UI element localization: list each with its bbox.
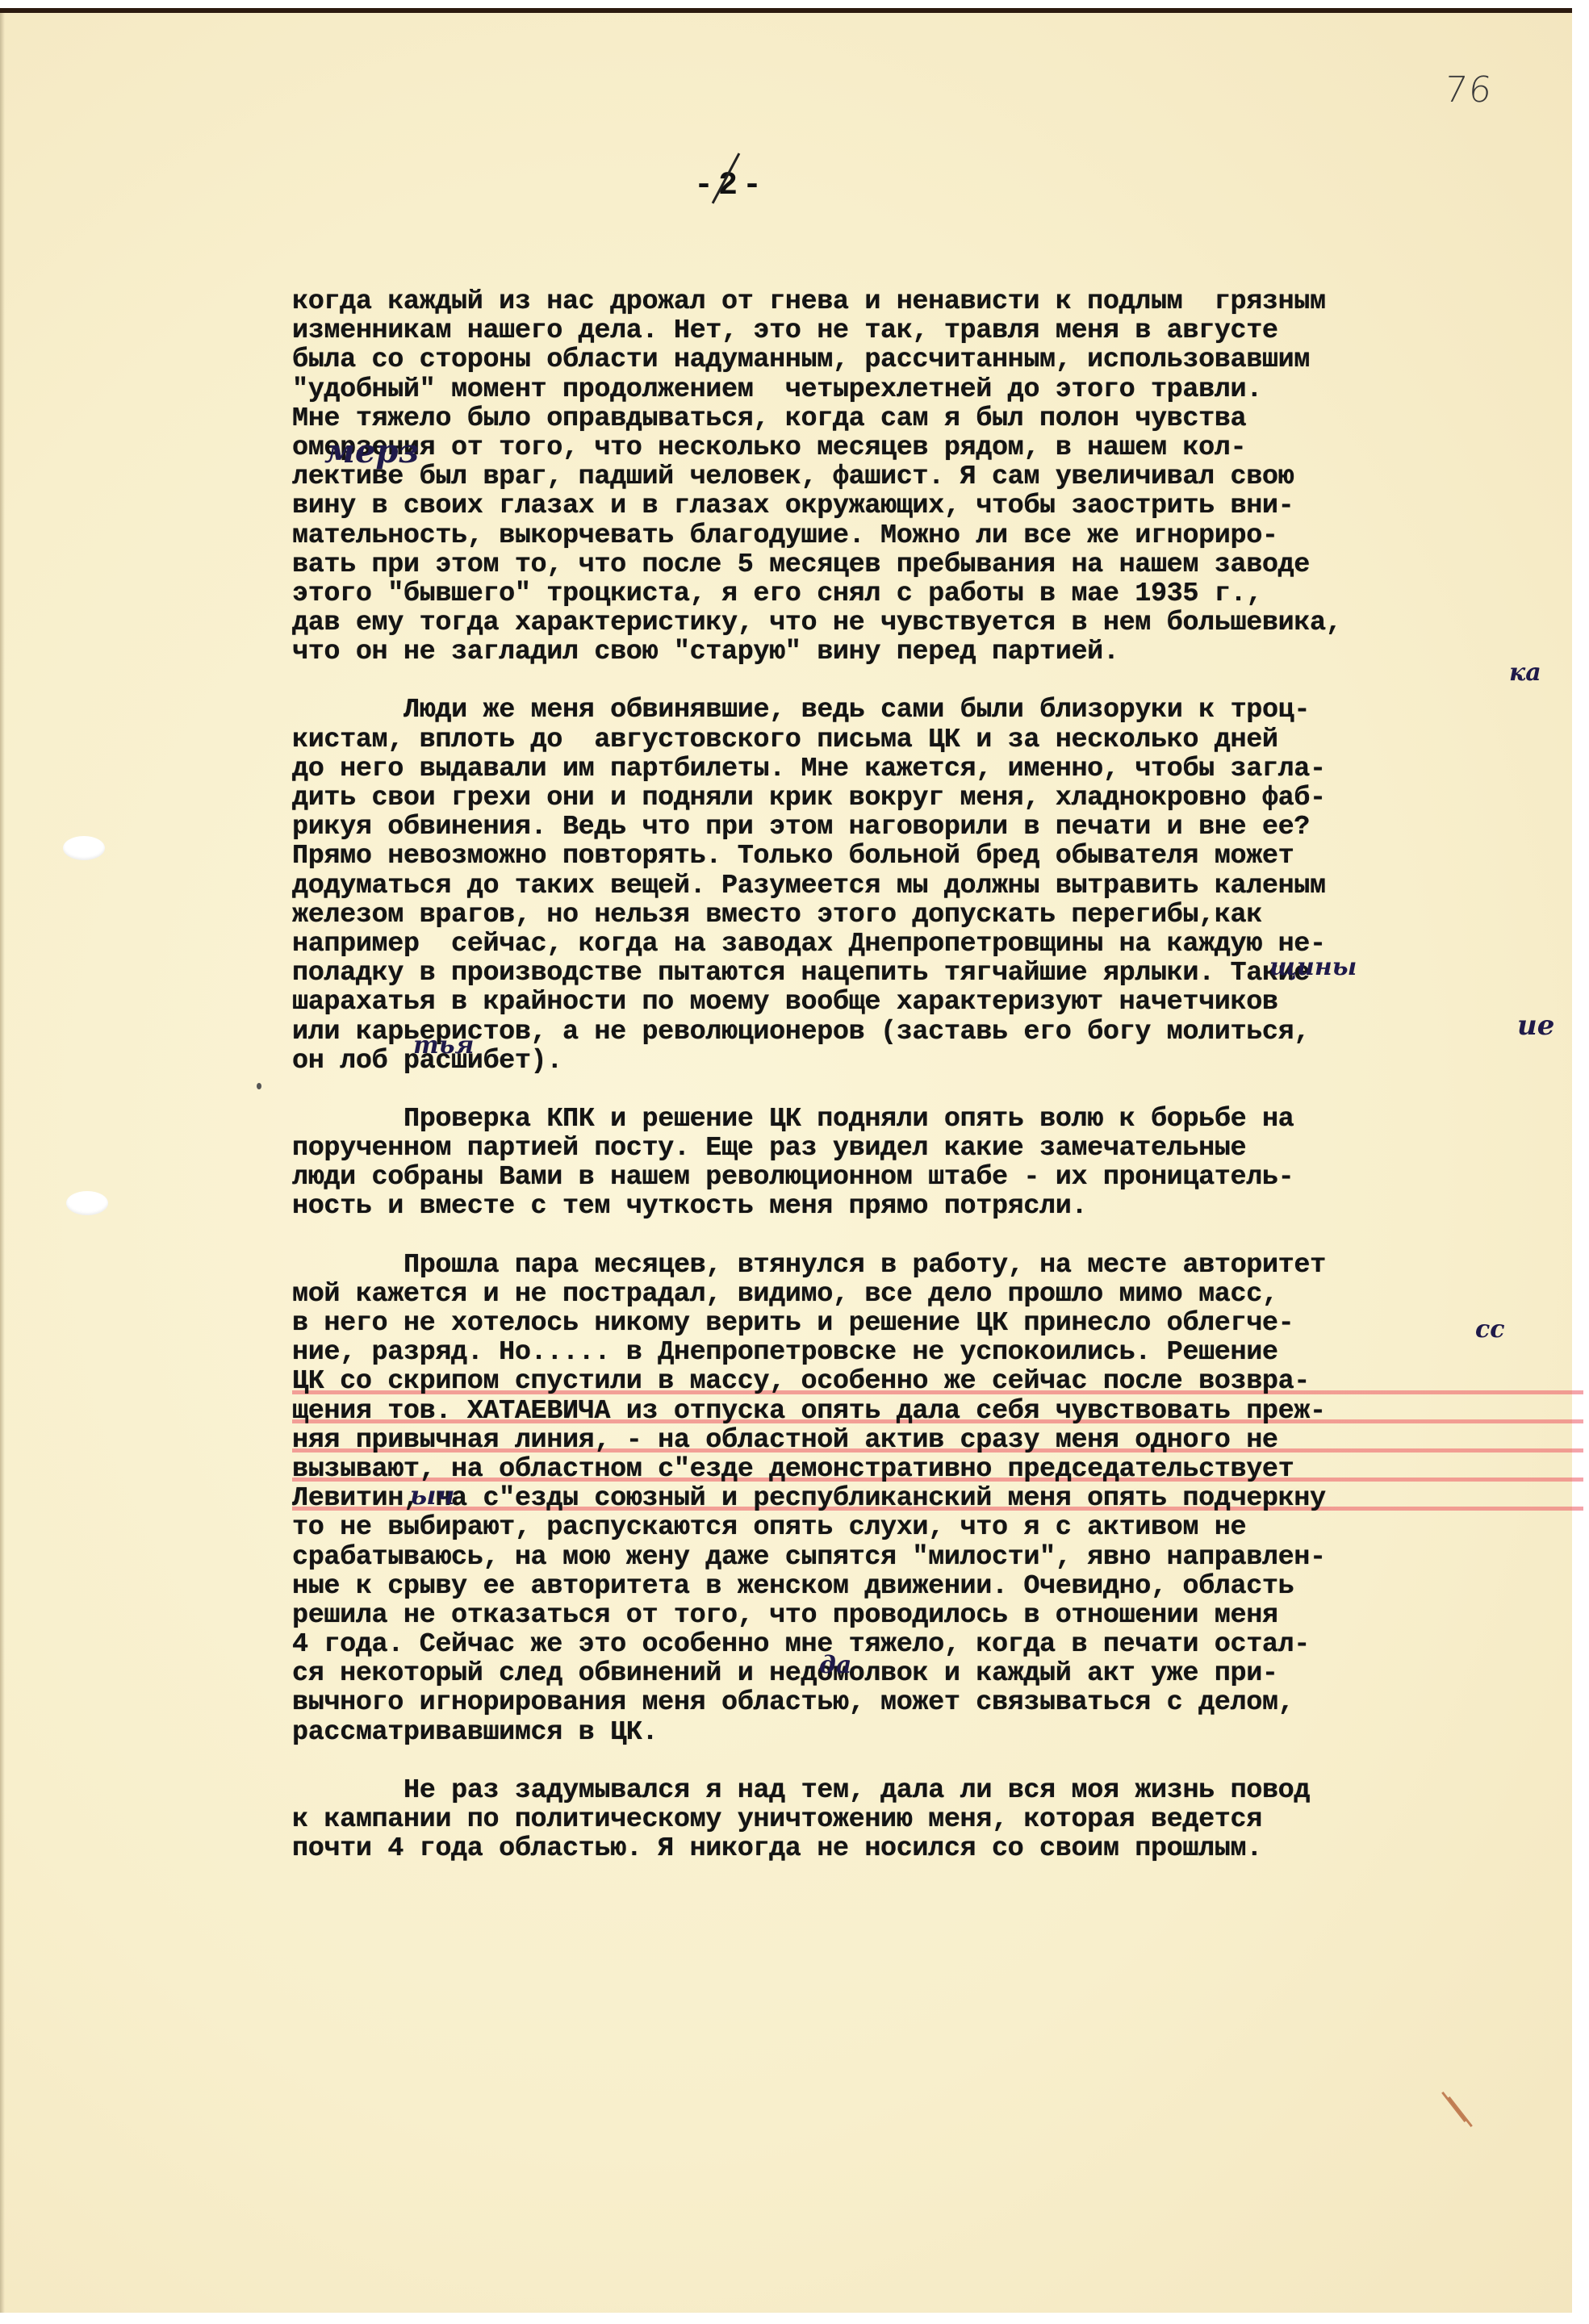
- text-line: ные к срыву ее авторитета в женском движ…: [292, 1572, 1583, 1601]
- text-line: ся некоторый след обвинений и недомолвок…: [292, 1659, 1583, 1688]
- text-line: няя привычная линия, - на областной акти…: [292, 1426, 1583, 1455]
- text-line: лективе был враг, падший человек, фашист…: [292, 462, 1583, 491]
- text-line: люди собраны Вами в нашем революционном …: [292, 1163, 1583, 1192]
- text-line: мательность, выкорчевать благодушие. Мож…: [292, 521, 1583, 550]
- text-line: 4 года. Сейчас же это особенно мне тяжел…: [292, 1630, 1583, 1659]
- text-line: решила не отказаться от того, что провод…: [292, 1601, 1583, 1630]
- text-line: щения тов. ХАТАЕВИЧА из отпуска опять да…: [292, 1397, 1583, 1426]
- text-line: Не раз задумывался я над тем, дала ли вс…: [292, 1776, 1583, 1805]
- text-line: рассматривавшимся в ЦК.: [292, 1718, 1583, 1747]
- margin-dot: [257, 1083, 261, 1089]
- text-line: вызывают, на областном с"езде демонстрат…: [292, 1455, 1583, 1484]
- page-number: -2-: [694, 168, 767, 204]
- text-line: то не выбирают, распускаются опять слухи…: [292, 1513, 1583, 1542]
- text-line: додуматься до таких вещей. Разумеется мы…: [292, 871, 1583, 901]
- text-line: вычного игнорирования меня областью, мож…: [292, 1688, 1583, 1717]
- text-line: железом врагов, но нельзя вместо этого д…: [292, 901, 1583, 930]
- text-line: в него не хотелось никому верить и решен…: [292, 1309, 1583, 1338]
- punch-hole-bottom: [66, 1191, 108, 1215]
- text-line: вину в своих глазах и в глазах окружающи…: [292, 491, 1583, 520]
- paragraph-3: Проверка КПК и решение ЦК подняли опять …: [292, 1105, 1583, 1222]
- paragraph-1: когда каждый из нас дрожал от гнева и не…: [292, 287, 1583, 667]
- text-line: Левитин, на с"езды союзный и республикан…: [292, 1484, 1583, 1513]
- handwritten-correction: да: [819, 1651, 851, 1679]
- text-line: порученном партией посту. Еще раз увидел…: [292, 1134, 1583, 1163]
- text-line: он лоб расшибет).: [292, 1047, 1583, 1076]
- handwritten-correction: сс: [1475, 1315, 1505, 1344]
- text-line: что он не загладил свою "старую" вину пе…: [292, 637, 1583, 667]
- handwritten-correction: щины: [1269, 953, 1357, 981]
- handwritten-correction: ка: [1509, 658, 1541, 687]
- text-line: была со стороны области надуманным, расс…: [292, 345, 1583, 374]
- text-line: этого "бывшего" троцкиста, я его снял с …: [292, 579, 1583, 608]
- text-line: дить свои грехи они и подняли крик вокру…: [292, 784, 1583, 813]
- text-line: мой кажется и не пострадал, видимо, все …: [292, 1280, 1583, 1309]
- text-line: Прямо невозможно повторять. Только больн…: [292, 842, 1583, 871]
- text-line: когда каждый из нас дрожал от гнева и не…: [292, 287, 1583, 316]
- text-line: дав ему тогда характеристику, что не чув…: [292, 608, 1583, 637]
- text-line: до него выдавали им партбилеты. Мне каже…: [292, 754, 1583, 784]
- text-line: омерзения от того, что несколько месяцев…: [292, 433, 1583, 462]
- paper-edge-shadow: [0, 13, 5, 2313]
- text-line: поладку в производстве пытаются нацепить…: [292, 959, 1583, 988]
- document-page: 76 -2- когда каждый из нас дрожал от гне…: [0, 8, 1572, 2313]
- page-number-text: -2-: [694, 168, 767, 204]
- paragraph-5: Не раз задумывался я над тем, дала ли вс…: [292, 1776, 1583, 1864]
- text-line: ние, разряд. Но..... в Днепропетровске н…: [292, 1338, 1583, 1367]
- text-line: изменникам нашего дела. Нет, это не так,…: [292, 316, 1583, 345]
- text-line: Мне тяжело было оправдываться, когда сам…: [292, 404, 1583, 433]
- handwritten-correction: ыч: [410, 1480, 454, 1511]
- text-line: шарахатья в крайности по моему вообще ха…: [292, 988, 1583, 1017]
- archive-folio-number: 76: [1442, 69, 1495, 111]
- text-line: например сейчас, когда на заводах Днепро…: [292, 930, 1583, 959]
- pencil-mark: [1448, 2096, 1473, 2127]
- text-line: почти 4 года областью. Я никогда не носи…: [292, 1834, 1583, 1863]
- text-line: "удобный" момент продолжением четырехлет…: [292, 375, 1583, 404]
- paragraph-4: Прошла пара месяцев, втянулся в работу, …: [292, 1251, 1583, 1747]
- text-line: срабатываюсь, на мою жену даже сыпятся "…: [292, 1543, 1583, 1572]
- text-line: или карьеристов, а не революционеров (за…: [292, 1018, 1583, 1047]
- text-line: к кампании по политическому уничтожению …: [292, 1805, 1583, 1834]
- handwritten-correction: мерз: [324, 433, 419, 470]
- text-line: ЦК со скрипом спустили в массу, особенно…: [292, 1367, 1583, 1396]
- handwritten-correction: тья: [413, 1031, 474, 1060]
- text-line: вать при этом то, что после 5 месяцев пр…: [292, 550, 1583, 579]
- handwritten-correction: ие: [1517, 1009, 1554, 1042]
- text-line: Прошла пара месяцев, втянулся в работу, …: [292, 1251, 1583, 1280]
- text-line: Проверка КПК и решение ЦК подняли опять …: [292, 1105, 1583, 1134]
- text-line: Люди же меня обвинявшие, ведь сами были …: [292, 696, 1583, 725]
- text-line: ность и вместе с тем чуткость меня прямо…: [292, 1192, 1583, 1221]
- punch-hole-top: [63, 836, 105, 860]
- paragraph-2: Люди же меня обвинявшие, ведь сами были …: [292, 696, 1583, 1075]
- typewritten-letter-body: когда каждый из нас дрожал от гнева и не…: [292, 287, 1583, 1892]
- pencil-mark: [1441, 2092, 1466, 2122]
- text-line: кистам, вплоть до августовского письма Ц…: [292, 725, 1583, 754]
- text-line: рикуя обвинения. Ведь что при этом нагов…: [292, 813, 1583, 842]
